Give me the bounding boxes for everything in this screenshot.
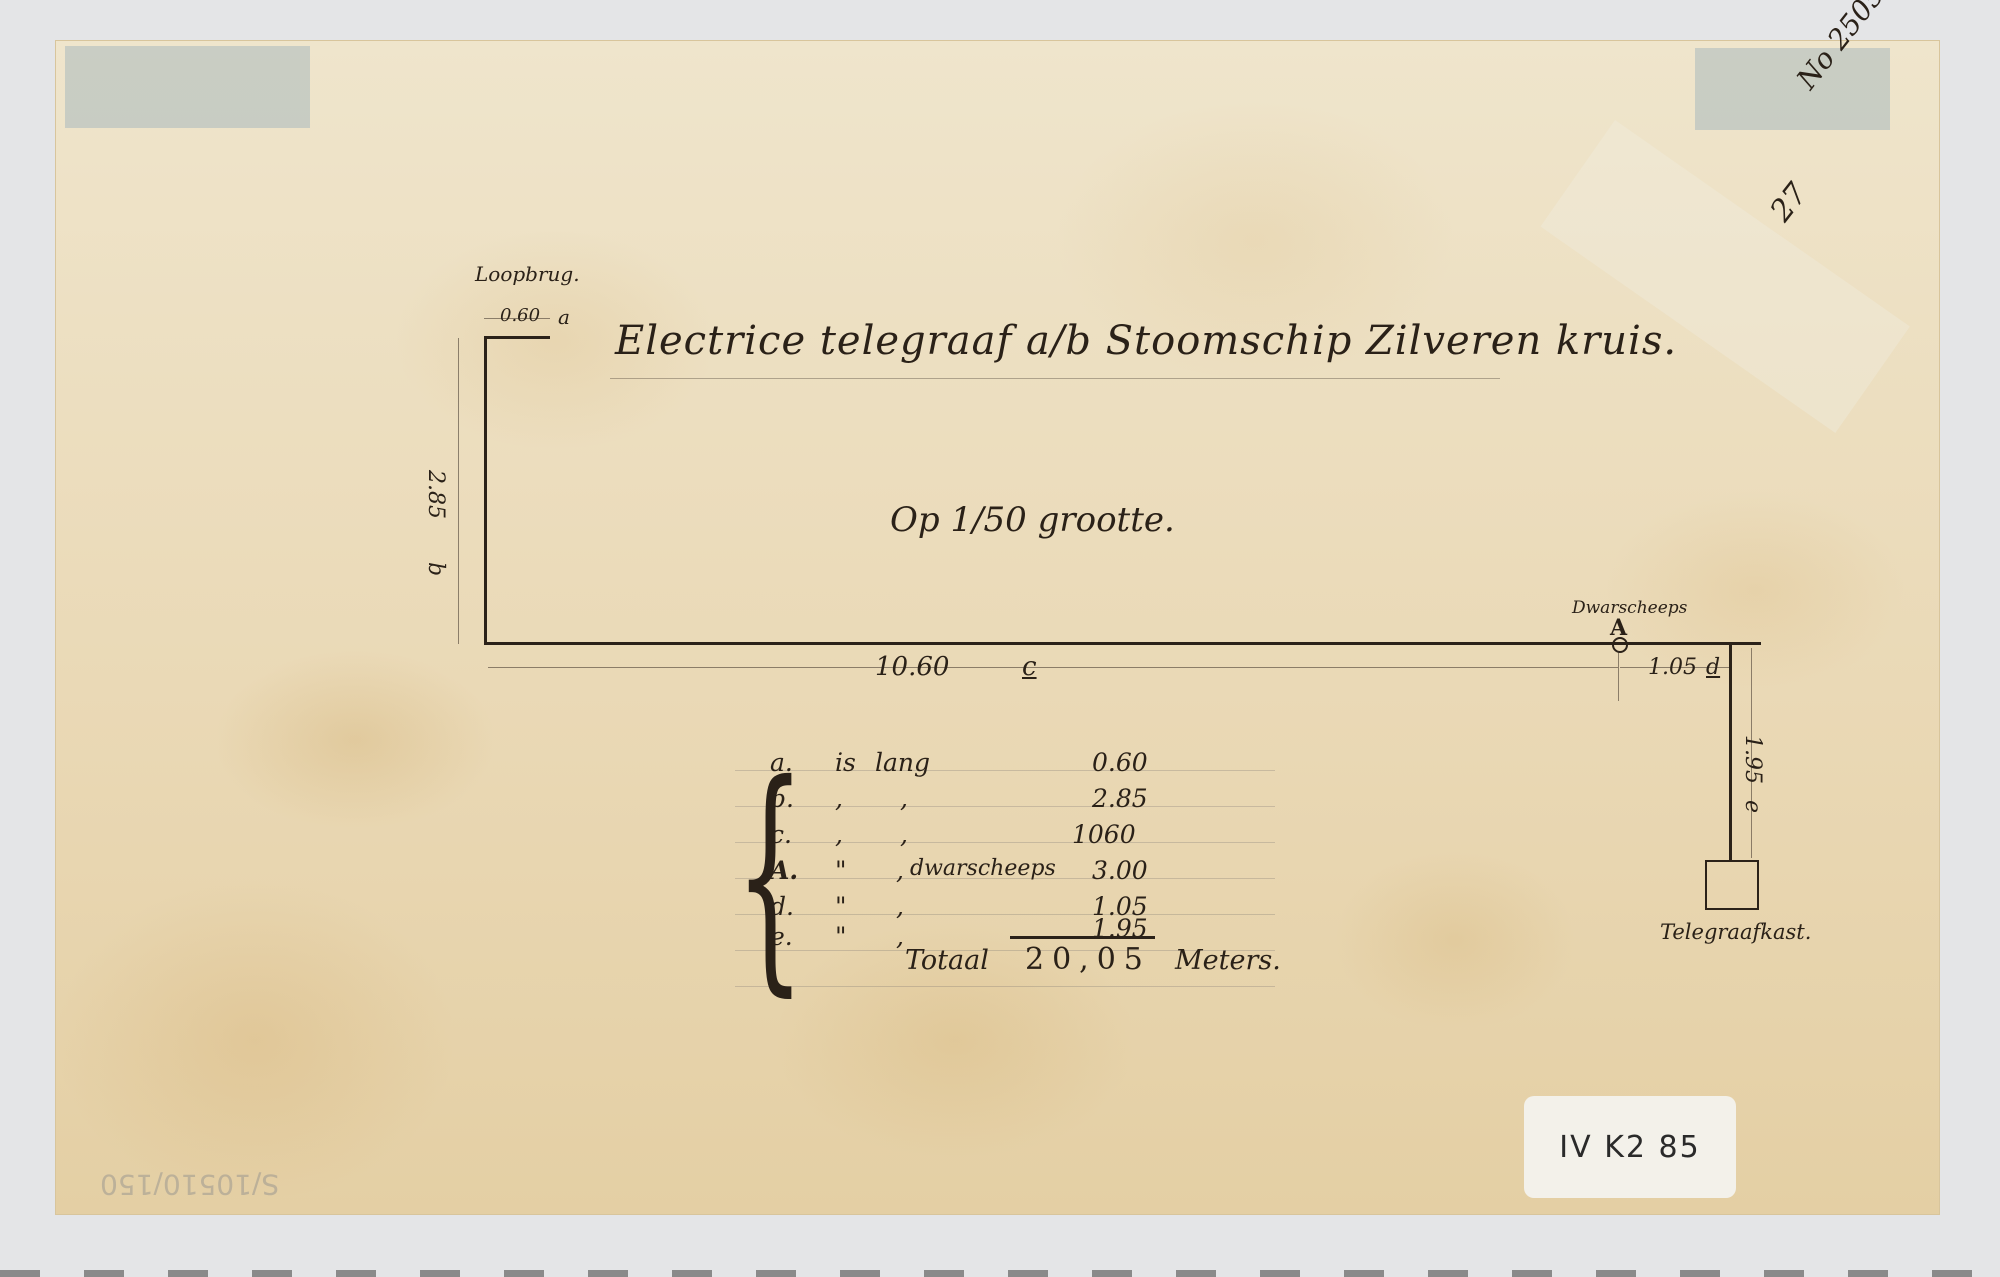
archive-label-card: IV K2 85 <box>1524 1096 1736 1198</box>
dim-value-c: 10.60 <box>875 652 949 682</box>
ledger-row-col1: , <box>835 820 843 849</box>
wire-segment-e <box>1729 642 1732 860</box>
ledger-row-col1: " <box>835 856 847 885</box>
ledger-rule <box>735 842 1275 843</box>
ledger-rule <box>735 806 1275 807</box>
ledger-rule <box>735 986 1275 987</box>
ledger-row-col2: , <box>896 922 904 951</box>
ledger-row-col2: , <box>896 856 904 885</box>
ledger-row-col1: is <box>835 748 856 777</box>
document-title: Electrice telegraaf a/b Stoomschip Zilve… <box>615 318 1677 364</box>
wire-segment-a <box>484 336 550 339</box>
total-underline <box>1010 936 1155 939</box>
ledger-row-col1: " <box>835 892 847 921</box>
ledger-row-value: 3.00 <box>1092 856 1148 885</box>
dim-value-e: 1.95 <box>1740 735 1765 784</box>
pencil-margin-note: S/10510/150 <box>100 1168 279 1201</box>
dim-value-d: 1.05 <box>1648 655 1697 680</box>
ledger-row-letter: c. <box>770 820 792 849</box>
total-unit: Meters. <box>1175 945 1281 976</box>
ledger-row-letter: A. <box>770 856 798 885</box>
ledger-rule <box>735 770 1275 771</box>
label-telegraafkast: Telegraafkast. <box>1660 920 1811 944</box>
document-sheet <box>55 40 1940 1215</box>
ledger-row-col1: " <box>835 922 847 951</box>
wire-segment-b <box>484 336 487 644</box>
dim-letter-b: b <box>423 562 448 576</box>
ledger-row-col2: , <box>900 820 908 849</box>
dim-letter-e: e <box>1740 800 1765 813</box>
ledger-row-col2: , <box>900 784 908 813</box>
title-guide-line <box>610 378 1500 379</box>
dim-line-b <box>458 338 459 644</box>
scale-note: Op 1/50 grootte. <box>890 500 1175 540</box>
ledger-row-letter: d. <box>770 892 794 921</box>
ledger-row-col2: , <box>896 892 904 921</box>
ledger-row-value: 2.85 <box>1092 784 1148 813</box>
label-dwarscheeps: Dwarscheeps <box>1572 598 1687 618</box>
ledger-row-note: dwarscheeps <box>910 856 1056 881</box>
dim-value-b: 2.85 <box>423 470 448 519</box>
ledger-row-letter: e. <box>770 922 793 951</box>
dim-letter-c: c <box>1022 652 1037 682</box>
total-value: 20,05 <box>1025 942 1151 977</box>
dim-letter-a: a <box>558 305 570 329</box>
tape-strip-top-left <box>65 46 310 128</box>
ledger-row-value: 1060 <box>1072 820 1136 849</box>
ledger-row-letter: b. <box>770 784 794 813</box>
label-loopbrug: Loopbrug. <box>475 262 580 286</box>
total-label: Totaal <box>905 945 989 976</box>
ledger-row-letter: a. <box>770 748 793 777</box>
midpoint-node-icon <box>1612 637 1628 653</box>
tape-strip-top-right <box>1695 48 1890 130</box>
dim-value-a: 0.60 <box>500 305 540 326</box>
ledger-row-value: 0.60 <box>1092 748 1148 777</box>
tape-strip-diagonal <box>1540 120 1909 433</box>
scan-border-dashes <box>0 1270 2000 1277</box>
telegraph-box-icon <box>1705 860 1759 910</box>
dim-tick-midpoint <box>1618 651 1619 701</box>
ledger-rule <box>735 914 1275 915</box>
dim-line-c <box>488 667 1618 668</box>
ledger-row-col2: lang <box>875 748 930 777</box>
ledger-row-col1: , <box>835 784 843 813</box>
dim-letter-d: d <box>1706 655 1720 680</box>
wire-segment-c <box>484 642 1761 645</box>
